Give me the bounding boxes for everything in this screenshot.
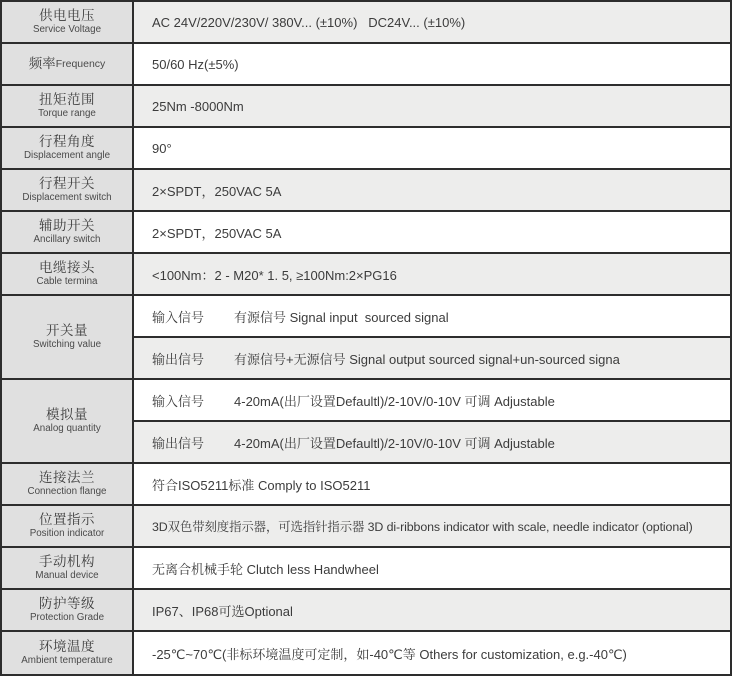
table-row: 连接法兰 Connection flange 符合ISO5211标准 Compl…	[2, 464, 730, 506]
row-value: 无离合机械手轮 Clutch less Handwheel	[134, 548, 730, 588]
table-row: 扭矩范围 Torque range 25Nm -8000Nm	[2, 86, 730, 128]
row-value: 2×SPDT，250VAC 5A	[134, 170, 730, 210]
label-en: Service Voltage	[33, 25, 101, 36]
label-zh: 行程角度	[39, 135, 95, 150]
table-row: 供电电压 Service Voltage AC 24V/220V/230V/ 3…	[2, 2, 730, 44]
table-row: 环境温度 Ambient temperature -25℃~70℃(非标环境温度…	[2, 632, 730, 674]
table-row: 行程开关 Displacement switch 2×SPDT，250VAC 5…	[2, 170, 730, 212]
subrow: 输入信号 4-20mA(出厂设置Defaultl)/2-10V/0-10V 可调…	[134, 380, 730, 422]
subrow: 输出信号 4-20mA(出厂设置Defaultl)/2-10V/0-10V 可调…	[134, 422, 730, 462]
label-en: Protection Grade	[30, 613, 104, 624]
label-zh: 开关量	[46, 324, 88, 339]
table-row: 电缆接头 Cable termina <100Nm：2 - M20* 1. 5,…	[2, 254, 730, 296]
label-zh: 扭矩范围	[39, 93, 95, 108]
signal-text: 4-20mA(出厂设置Defaultl)/2-10V/0-10V 可调 Adju…	[234, 391, 555, 410]
signal-text: 有源信号+无源信号 Signal output sourced signal+u…	[234, 349, 620, 368]
subrow: 输入信号 有源信号 Signal input sourced signal	[134, 296, 730, 338]
row-label: 电缆接头 Cable termina	[2, 254, 134, 294]
row-label: 频率 Frequency	[2, 44, 134, 84]
label-en: Ancillary switch	[34, 235, 101, 246]
label-zh: 手动机构	[39, 555, 95, 570]
label-en: Displacement angle	[24, 151, 110, 162]
spec-table: 供电电压 Service Voltage AC 24V/220V/230V/ 3…	[0, 0, 732, 676]
label-en: Switching value	[33, 340, 101, 351]
signal-label: 输出信号	[152, 433, 204, 452]
row-label: 手动机构 Manual device	[2, 548, 134, 588]
label-zh: 辅助开关	[39, 219, 95, 234]
label-en: Connection flange	[28, 487, 107, 498]
label-en: Manual device	[35, 571, 98, 582]
row-value: 3D双色带刻度指示器，可选指针指示器 3D di-ribbons indicat…	[134, 506, 730, 546]
subrow: 输出信号 有源信号+无源信号 Signal output sourced sig…	[134, 338, 730, 378]
row-label: 行程角度 Displacement angle	[2, 128, 134, 168]
row-label: 模拟量 Analog quantity	[2, 380, 134, 462]
row-value: IP67、IP68可选Optional	[134, 590, 730, 630]
table-row: 手动机构 Manual device 无离合机械手轮 Clutch less H…	[2, 548, 730, 590]
label-en: Cable termina	[37, 277, 98, 288]
table-row: 频率 Frequency 50/60 Hz(±5%)	[2, 44, 730, 86]
subrow-column: 输入信号 4-20mA(出厂设置Defaultl)/2-10V/0-10V 可调…	[134, 380, 730, 462]
label-zh: 环境温度	[39, 640, 95, 655]
row-value: 符合ISO5211标准 Comply to ISO5211	[134, 464, 730, 504]
label-en: Torque range	[38, 109, 96, 120]
row-value: 25Nm -8000Nm	[134, 86, 730, 126]
label-zh: 连接法兰	[39, 471, 95, 486]
row-label: 位置指示 Position indicator	[2, 506, 134, 546]
label-zh: 行程开关	[39, 177, 95, 192]
row-value: -25℃~70℃(非标环境温度可定制，如-40℃等 Others for cus…	[134, 632, 730, 674]
row-value: 50/60 Hz(±5%)	[134, 44, 730, 84]
signal-text: 有源信号 Signal input sourced signal	[234, 307, 449, 326]
label-zh: 频率	[29, 57, 56, 72]
row-label: 防护等级 Protection Grade	[2, 590, 134, 630]
row-value: <100Nm：2 - M20* 1. 5, ≥100Nm:2×PG16	[134, 254, 730, 294]
signal-label: 输入信号	[152, 307, 204, 326]
row-label: 扭矩范围 Torque range	[2, 86, 134, 126]
table-row: 位置指示 Position indicator 3D双色带刻度指示器，可选指针指…	[2, 506, 730, 548]
label-en: Displacement switch	[22, 193, 111, 204]
row-label: 环境温度 Ambient temperature	[2, 632, 134, 674]
label-en: Frequency	[56, 59, 106, 71]
row-value: 90°	[134, 128, 730, 168]
signal-label: 输出信号	[152, 349, 204, 368]
label-zh: 防护等级	[39, 597, 95, 612]
row-value: AC 24V/220V/230V/ 380V... (±10%) DC24V..…	[134, 2, 730, 42]
subrow-column: 输入信号 有源信号 Signal input sourced signal 输出…	[134, 296, 730, 378]
row-label: 供电电压 Service Voltage	[2, 2, 134, 42]
table-row-group: 模拟量 Analog quantity 输入信号 4-20mA(出厂设置Defa…	[2, 380, 730, 464]
row-value: 2×SPDT，250VAC 5A	[134, 212, 730, 252]
table-row: 行程角度 Displacement angle 90°	[2, 128, 730, 170]
label-en: Position indicator	[30, 529, 105, 540]
label-zh: 供电电压	[39, 9, 95, 24]
signal-label: 输入信号	[152, 391, 204, 410]
row-label: 辅助开关 Ancillary switch	[2, 212, 134, 252]
row-label: 行程开关 Displacement switch	[2, 170, 134, 210]
label-en: Ambient temperature	[21, 656, 112, 667]
label-zh: 模拟量	[46, 408, 88, 423]
signal-text: 4-20mA(出厂设置Defaultl)/2-10V/0-10V 可调 Adju…	[234, 433, 555, 452]
table-row-group: 开关量 Switching value 输入信号 有源信号 Signal inp…	[2, 296, 730, 380]
label-en: Analog quantity	[33, 424, 101, 435]
row-label: 开关量 Switching value	[2, 296, 134, 378]
table-row: 辅助开关 Ancillary switch 2×SPDT，250VAC 5A	[2, 212, 730, 254]
label-zh: 电缆接头	[39, 261, 95, 276]
label-zh: 位置指示	[39, 513, 95, 528]
row-label: 连接法兰 Connection flange	[2, 464, 134, 504]
table-row: 防护等级 Protection Grade IP67、IP68可选Optiona…	[2, 590, 730, 632]
